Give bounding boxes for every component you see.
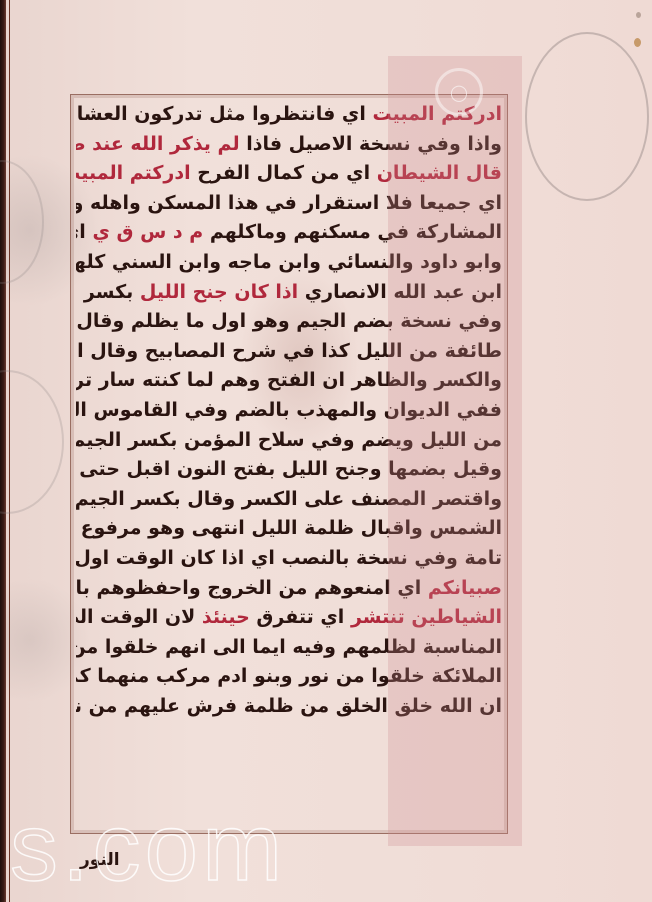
body-text: اي من كمال الفرح [191,162,377,184]
body-text: اي رواه مسلم [76,221,92,243]
paper-stain [636,12,641,18]
body-text: اي فانتظروا مثل تدركون العشا ام لا واذا [76,103,372,125]
paper-stain [634,38,641,47]
rubric-text: م د س ق ي [92,221,203,243]
seal-stamp-left-bottom [0,370,64,514]
seal-stamp-right [525,32,649,201]
rubric-text: لم يذكر الله عند طعامه [76,133,240,155]
body-text: اي تتفرق [250,606,351,628]
body-text: لان الوقت الظلمة [76,606,202,628]
rubric-text: ادركتم المبيت والعشا [76,162,191,184]
manuscript-page: ادركتم المبيت اي فانتظروا مثل تدركون الع… [0,0,652,902]
rubric-text: اذا كان جنح الليل [140,281,298,303]
body-text: بكسر الجيم [76,281,140,303]
watermark-text: s.com [10,800,286,896]
watermark-logo-icon: ◯ [435,68,483,116]
body-text: اي امنعوهم من الخروج واحفظوهم بالولوج [76,577,428,599]
seal-stamp-left-top [0,160,44,284]
highlight-overlay [388,56,522,846]
rubric-text: حينئذ [202,606,250,628]
